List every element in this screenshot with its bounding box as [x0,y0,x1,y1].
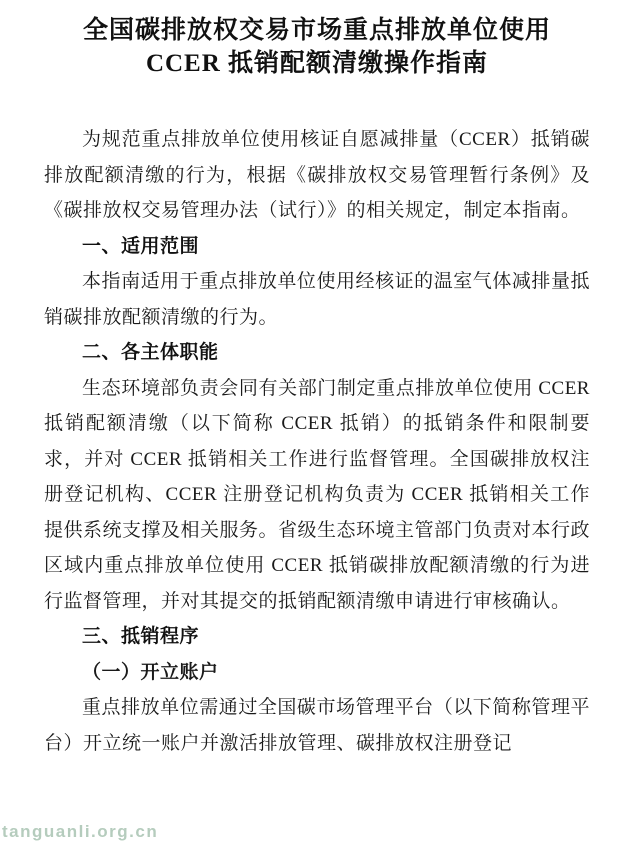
section-scope-paragraph: 本指南适用于重点排放单位使用经核证的温室气体减排量抵销碳排放配额清缴的行为。 [44,264,590,335]
document-page: 全国碳排放权交易市场重点排放单位使用 CCER 抵销配额清缴操作指南 为规范重点… [0,0,630,844]
document-title: 全国碳排放权交易市场重点排放单位使用 CCER 抵销配额清缴操作指南 [44,14,590,80]
title-line-1: 全国碳排放权交易市场重点排放单位使用 [44,14,590,47]
document-content: 全国碳排放权交易市场重点排放单位使用 CCER 抵销配额清缴操作指南 为规范重点… [0,0,630,761]
watermark-text: tanguanli.org.cn [2,822,158,842]
section-heading-scope: 一、适用范围 [44,229,590,265]
subsection-heading-open-account: （一）开立账户 [44,655,590,691]
section-heading-procedure: 三、抵销程序 [44,619,590,655]
section-heading-roles: 二、各主体职能 [44,335,590,371]
section-roles-paragraph: 生态环境部负责会同有关部门制定重点排放单位使用 CCER 抵销配额清缴（以下简称… [44,371,590,620]
intro-paragraph: 为规范重点排放单位使用核证自愿减排量（CCER）抵销碳排放配额清缴的行为，根据《… [44,122,590,229]
title-line-2: CCER 抵销配额清缴操作指南 [44,47,590,80]
section-procedure-paragraph: 重点排放单位需通过全国碳市场管理平台（以下简称管理平台）开立统一账户并激活排放管… [44,690,590,761]
